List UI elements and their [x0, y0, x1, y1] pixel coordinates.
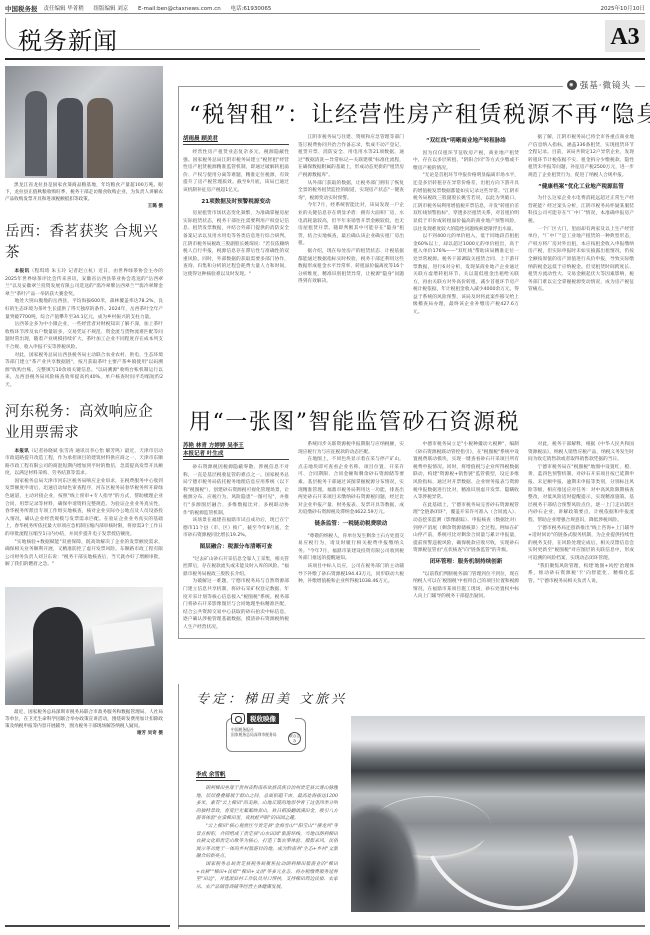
article-column: 据了解，江阴市税务局已将全市各重点商业地产信息纳入指标，涵盖336条租赁，实现租…	[528, 134, 634, 394]
bottom-divider	[178, 925, 645, 927]
page-number: A3	[605, 20, 645, 52]
rental-tax-article: 胡雨晨 顾美君 经营性房产租赁业态复杂多元，税源隐蔽性强。国家税务总局江阴市税务…	[183, 134, 634, 394]
article-column: 系统同步关联资源税申报期限与应纳税额，实现应税行为与应征税款的动态匹配。 在地图…	[298, 441, 404, 631]
photo2-caption: 最近，国家税务总局深圳市税务局联合市政务服务和数据管理局、人社局等单位，在卫光生…	[5, 709, 163, 737]
special-section-divider	[178, 684, 179, 929]
masthead-divider	[5, 13, 645, 14]
masthead-meta: 责任编辑 毕菁稍 组版编辑 刘京 E-mail:ben@ctaxnews.com…	[44, 4, 280, 12]
photo2-credit: 谢芳 吴奇 摄	[5, 730, 163, 737]
joint-host-stamp: 联合主办	[288, 732, 301, 745]
main-headline-sand-gravel: 用“一张图”智能监管砂石资源税	[189, 405, 520, 436]
article-column: 对此，税务干部解释，根据《中华人民共和国资源税法》，纳税人销售应税产品，纳税义务…	[528, 441, 634, 631]
subhead: “双红线”明晰商业地产转租脉络	[413, 138, 519, 146]
subhead: “健康档案”优化工业地产税源监管	[528, 184, 634, 192]
subhead: 链条监管：一税链动税费联动	[298, 521, 404, 529]
photo1-credit: 王璐 摄	[5, 203, 163, 210]
article-column: “双红线”明晰商业地产转租脉络 因为仅仅租环节征收房产税，商业地产租赁中，存在以…	[413, 134, 519, 394]
column-badge: 税收映像 中国税务报社 国家税务总局深圳市税务局 联合主办	[226, 718, 306, 752]
article-hedong-headline: 河东税务：高效响应企业用票需求	[5, 400, 163, 442]
article-column: 苏艳 林青 方婷婷 吴李王 本报记者 叶生成 砂石资源税因税源隐蔽零散、涉税信息…	[183, 441, 289, 631]
issue-date: 2025年10月10日	[601, 4, 646, 12]
byline: 胡雨晨 顾美君	[183, 134, 289, 145]
main-article-box: ◉ 强基·微镜头 “税智租”：让经营性房产租赁税源不再“隐身” 胡雨晨 顾美君 …	[178, 86, 645, 639]
subhead: 闭环管理：服务机制持续创新	[413, 559, 519, 567]
camera-lens-icon: ◉	[567, 80, 577, 90]
article-yuexi-headline: 岳西：香茗获奖 合规兴茶	[5, 220, 163, 262]
article-yuexi-body: 本报讯（程琪琦 朱玉玲 记者赵立杭）近日，由世界绿茶协会主办的2025年世界绿茶…	[5, 268, 163, 390]
special-section-title: 专定：梯田美 文旅兴	[196, 688, 347, 707]
article-column: 江阴市税务局与住建、资规和应急管理等部门签订税费协同共治合作备忘录，集成不动产登…	[298, 134, 404, 394]
paper-name: 中国税务报	[5, 4, 38, 13]
column-kicker: ◉ 强基·微镜头	[563, 79, 635, 91]
section-title: 税务新闻	[18, 21, 118, 56]
byline: 李成 余雪帆	[196, 770, 240, 781]
special-article: 李成 余雪帆 朗利梯田坐落于贵州省黔南布依族苗族自治州贵定县云雾山脉腹地，层层叠…	[196, 770, 338, 925]
section-header: 税务新闻	[5, 18, 480, 50]
left-column: 黑龙江省龙拉县是国家食葵商品粮基地，年均粮食产量超100万吨。眼下，龙拉县正值秋…	[5, 64, 163, 737]
left-bottom-divider	[5, 925, 170, 927]
camera-icon	[231, 713, 245, 724]
byline: 苏艳 林青 方婷婷 吴李王 本报记者 叶生成	[183, 441, 289, 460]
subhead: 21项数据及时预警税源变动	[183, 199, 289, 207]
header-divider	[5, 58, 645, 60]
subhead: 图层融合：税源分布清晰可查	[183, 544, 289, 552]
article-column: 中德市税务局立足"小税种撬动大税种"，编制《砂石资源税联动管控指引》，在"税图税…	[413, 441, 519, 631]
masthead: 中国税务报 责任编辑 毕菁稍 组版编辑 刘京 E-mail:ben@ctaxne…	[5, 3, 645, 13]
article-hedong-body: 本报讯（记者孙晓斌 张雪涛 通讯员李心怡 解芳鸣）最近，天津市启动市政道路提升改…	[5, 448, 163, 570]
sand-gravel-article: 苏艳 林青 方婷婷 吴李王 本报记者 叶生成 砂石资源税因税源隐蔽零散、涉税信息…	[183, 441, 634, 631]
editor: 责任编辑 毕菁稍	[44, 6, 84, 12]
article-column: 胡雨晨 顾美君 经营性房产租赁业态复杂多元，税源隐蔽性强。国家税务总局江阴市税务…	[183, 134, 289, 394]
photo-grain-inspection	[5, 66, 163, 178]
phone: 电话:61930065	[231, 6, 272, 12]
main-headline-rental-tax: “税智租”：让经营性房产租赁税源不再“隐身”	[189, 97, 650, 129]
photo1-caption: 黑龙江省龙拉县是国家食葵商品粮基地，年均粮食产量超100万吨。眼下，龙拉县正值秋…	[5, 182, 163, 210]
email-link[interactable]: E-mail:ben@ctaxnews.com.cn	[138, 6, 221, 12]
photo-terraced-fields	[351, 716, 645, 912]
layout-editor: 组版编辑 刘京	[94, 6, 129, 12]
badge-label: 税收映像	[247, 713, 279, 724]
photo-policy-briefing	[5, 587, 163, 705]
